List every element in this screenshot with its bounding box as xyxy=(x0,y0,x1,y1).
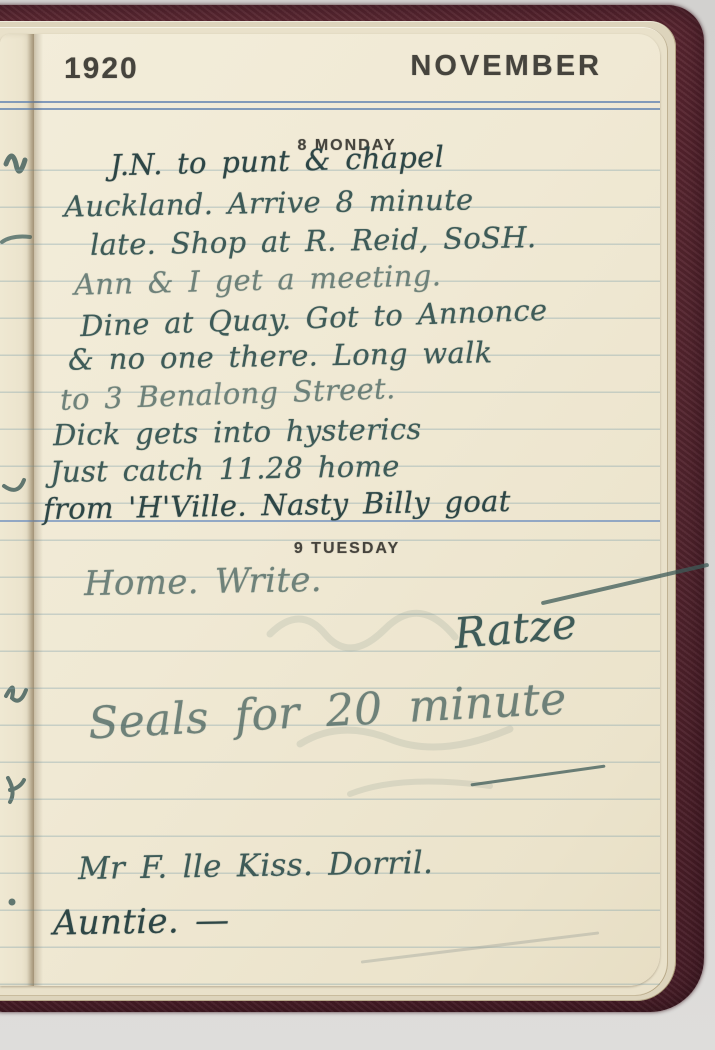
handwriting-line: & no one there. Long walk xyxy=(68,335,493,376)
diary-sheet: 1920 NOVEMBER 8 MONDAY J.N. to punt & ch… xyxy=(0,34,660,986)
tuesday-date-header: 9 TUESDAY xyxy=(34,540,660,558)
handwriting-line: from 'H'Ville. Nasty Billy goat xyxy=(43,484,511,526)
underline-flourish xyxy=(470,765,605,787)
handwriting-line: Home. Write. xyxy=(84,560,323,604)
diary-page: 1920 NOVEMBER 8 MONDAY J.N. to punt & ch… xyxy=(34,34,660,986)
handwriting-line: Auckland. Arrive 8 minute xyxy=(64,182,474,223)
handwriting-line: Just catch 11.28 home xyxy=(50,449,400,489)
scan-background: 1920 NOVEMBER 8 MONDAY J.N. to punt & ch… xyxy=(0,0,715,1050)
handwriting-line: Ann & I get a meeting. xyxy=(74,258,442,302)
handwriting-line: Seals for 20 minute xyxy=(87,674,568,750)
printed-year: 1920 xyxy=(64,52,139,86)
handwriting-line: Mr F. lle Kiss. Dorril. xyxy=(78,845,434,887)
printed-month: NOVEMBER xyxy=(410,50,602,83)
handwriting-line: Auntie. — xyxy=(53,900,230,943)
handwriting-line: to 3 Benalong Street. xyxy=(60,371,396,417)
handwriting-line: Dick gets into hysterics xyxy=(53,412,422,452)
handwriting-line: Ratze xyxy=(452,599,579,659)
handwriting-line: late. Shop at R. Reid, SoSH. xyxy=(90,220,537,262)
